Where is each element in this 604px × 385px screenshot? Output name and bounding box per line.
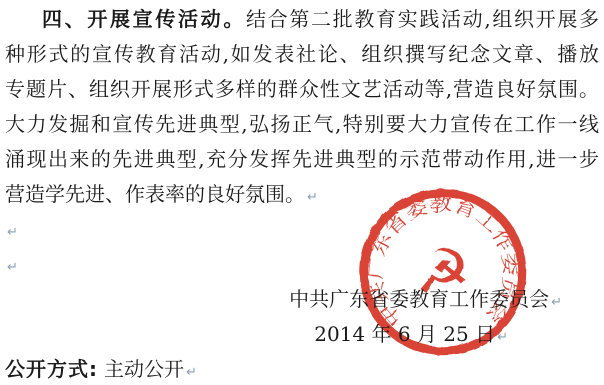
paragraph-text: 大力发掘和宣传先进典型,弘扬正气,特别要大力宣传在工作一线	[5, 112, 599, 136]
paragraph-text: 专题片、组织开展形式多样的群众性文艺活动等,营造良好氛围。	[5, 77, 599, 101]
signature-date: 2014 年 6 月 25 日	[314, 322, 495, 346]
paragraph-text: 涌现出来的先进典型,充分发挥先进典型的示范带动作用,进一步	[5, 147, 599, 171]
paragraph-line: 涌现出来的先进典型,充分发挥先进典型的示范带动作用,进一步	[0, 142, 604, 177]
paragraph-line: 四、开展宣传活动。结合第二批教育实践活动,组织开展多	[0, 2, 604, 37]
paragraph-mark-icon: ↵	[551, 295, 562, 310]
paragraph-mark-icon: ↵	[186, 365, 197, 380]
signature-line: 中共广东省委教育工作委员会↵	[0, 282, 604, 317]
disclosure-label: 公开方式:	[5, 357, 98, 381]
disclosure-value: 主动公开	[104, 357, 184, 381]
paragraph-mark-icon: ↵	[7, 260, 18, 275]
paragraph-line: 营造学先进、作表率的良好氛围。↵	[0, 177, 604, 212]
footer-line: 公开方式:主动公开↵	[0, 352, 604, 385]
document-page: 四、开展宣传活动。结合第二批教育实践活动,组织开展多 种形式的宣传教育活动,如发…	[0, 0, 604, 385]
paragraph-mark-icon: ↵	[7, 225, 18, 240]
paragraph-text: 种形式的宣传教育活动,如发表社论、组织撰写纪念文章、播放	[5, 42, 599, 66]
signature-org: 中共广东省委教育工作委员会	[289, 287, 549, 311]
paragraph-text: 营造学先进、作表率的良好氛围。	[5, 182, 305, 206]
paragraph-line: 大力发掘和宣传先进典型,弘扬正气,特别要大力宣传在工作一线	[0, 107, 604, 142]
paragraph-mark-icon: ↵	[307, 190, 318, 205]
paragraph-line: 种形式的宣传教育活动,如发表社论、组织撰写纪念文章、播放	[0, 37, 604, 72]
paragraph-line: 专题片、组织开展形式多样的群众性文艺活动等,营造良好氛围。	[0, 72, 604, 107]
empty-line: ↵	[0, 247, 604, 282]
section-heading: 四、开展宣传活动。	[42, 7, 246, 31]
empty-line: ↵	[0, 212, 604, 247]
date-line: 2014 年 6 月 25 日↵	[0, 317, 604, 352]
paragraph-text: 结合第二批教育实践活动,组织开展多	[246, 7, 599, 31]
paragraph-mark-icon: ↵	[497, 330, 508, 345]
